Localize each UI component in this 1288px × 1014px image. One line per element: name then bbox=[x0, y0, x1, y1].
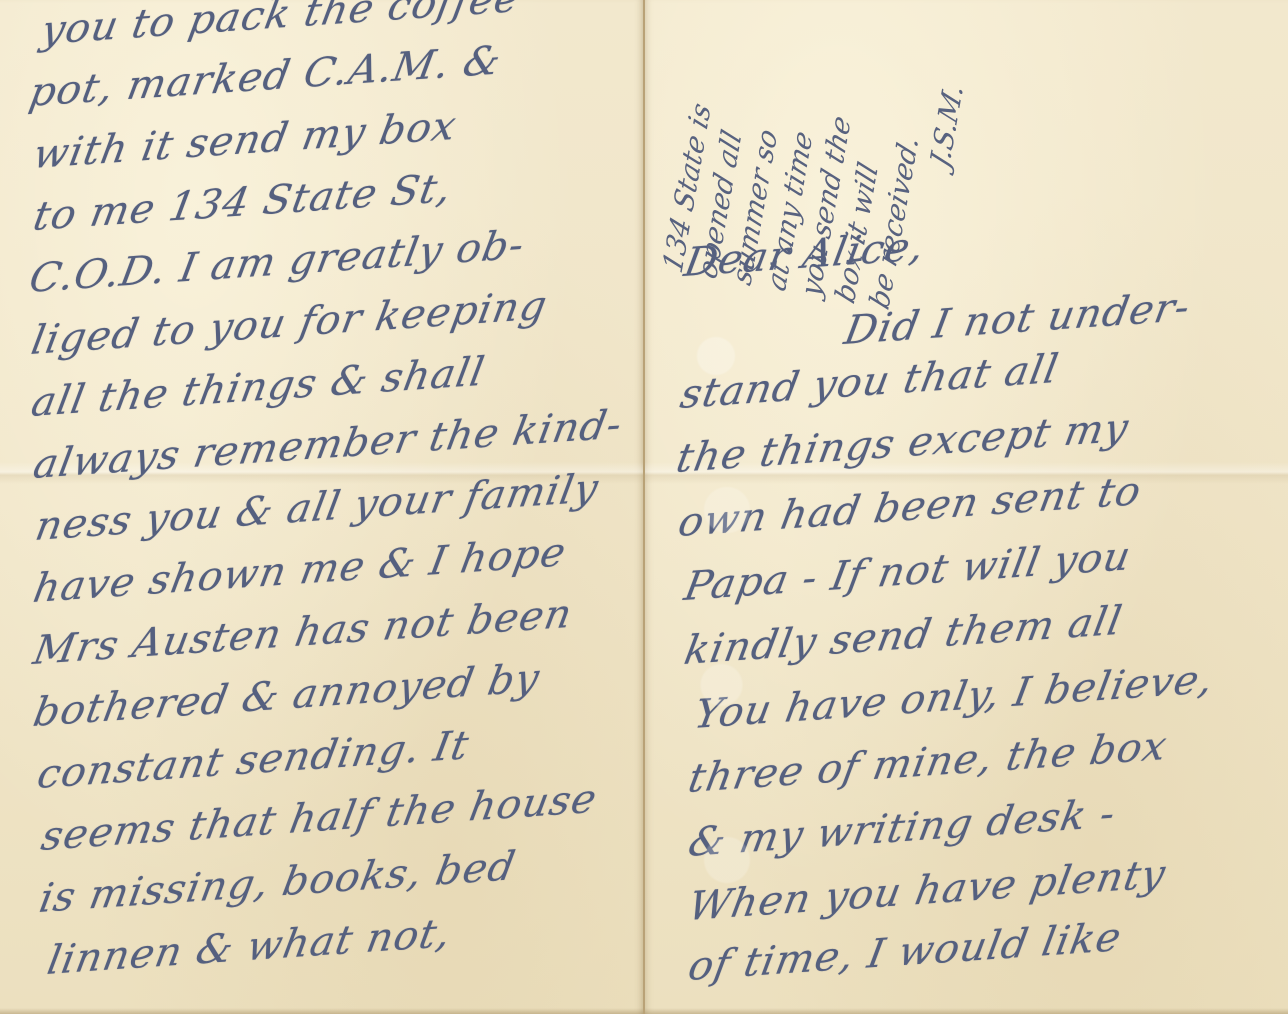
letter-line: three of mine, the box bbox=[685, 723, 1171, 802]
letter-line: stand you that all bbox=[677, 346, 1062, 418]
letter-line: of time, I would like bbox=[685, 914, 1125, 990]
margin-note: 134 State is opened all summer so at any… bbox=[655, 39, 971, 317]
letter-spread: you to pack the coffee pot, marked C.A.M… bbox=[0, 0, 1288, 1014]
left-page: you to pack the coffee pot, marked C.A.M… bbox=[0, 0, 645, 1014]
letter-line: kindly send them all bbox=[681, 598, 1126, 674]
letter-line: constant sending. It bbox=[34, 722, 473, 797]
page-edge bbox=[645, 1008, 1288, 1014]
letter-line: to me 134 State St, bbox=[30, 165, 456, 240]
letter-line: & my writing desk - bbox=[685, 791, 1119, 866]
letter-line: with it send my box bbox=[30, 103, 460, 178]
letter-line: all the things & shall bbox=[28, 349, 489, 426]
letter-line: Papa - If not will you bbox=[681, 533, 1135, 610]
letter-line: linnen & what not, bbox=[44, 910, 455, 984]
page-edge bbox=[0, 1008, 643, 1014]
letter-line: the things except my bbox=[673, 405, 1133, 482]
letter-line: own had been sent to bbox=[675, 468, 1145, 546]
